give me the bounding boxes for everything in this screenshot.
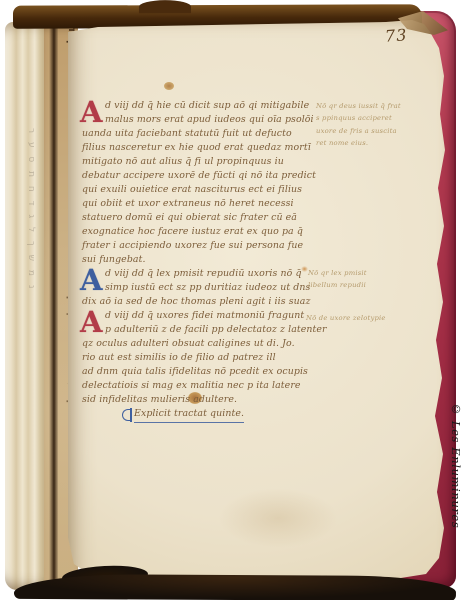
text-line: malus mors erat apud iudeos qui oīa psol…: [82, 113, 316, 127]
text-line: delectatiois si mag ex malitia nec p ita…: [82, 379, 316, 393]
text-line: ad dnm quia talis ifidelitas nō pcedit e…: [82, 365, 316, 379]
marginal-note-1: Nō qr deus iussit q̄ frat s ppinquus acc…: [316, 100, 416, 150]
text-line: qui obiit et uxor extraneus nō heret nec…: [82, 197, 316, 211]
credit-watermark: © Les Enluminures: [449, 402, 463, 562]
note-line: s ppinquus acciperet: [316, 112, 416, 124]
text-line: p adulteriū z de facili pp delectatoz z …: [82, 323, 316, 337]
folio-number: 73: [384, 25, 408, 46]
text-line: debatur accipere uxorē de fūcti qi nō it…: [82, 169, 316, 183]
book-bottom-edge: [14, 574, 456, 600]
explicit-line: Explicit tractat quinte.: [122, 408, 316, 422]
parchment-discoloration: [218, 488, 338, 548]
note-line: Nō qr deus iussit q̄ frat: [316, 100, 416, 112]
text-line: qz oculus adulteri obsuat caligines ut d…: [82, 337, 316, 351]
text-line: d viij dd q̄ hie cū dicit sup aō qi miti…: [82, 99, 316, 113]
paraph-mark-icon: [122, 409, 130, 421]
text-line: frater i accipiendo uxorez fue sui perso…: [82, 239, 316, 253]
paragraph-1: A d viij dd q̄ hie cū dicit sup aō qi mi…: [82, 99, 316, 267]
blue-initial-A: A: [80, 268, 102, 295]
text-line: qui exuili ouietice erat nasciturus ect …: [82, 183, 316, 197]
note-line: ret nome eius.: [316, 137, 416, 149]
note-line: libellum repudii: [308, 280, 404, 292]
note-line: Nō qr lex pmisit: [308, 268, 404, 280]
bleedthrough-script: נ מ ש ך ל ג ד ח ת ס ע ר: [8, 128, 36, 438]
text-line: simp iustū ect sz pp duritiaz iudeoz ut …: [82, 281, 316, 295]
text-line: rio aut est similis io de filio ad patre…: [82, 351, 316, 365]
note-line: Nō de uxore zelotypie: [306, 312, 431, 324]
marginal-note-2: Nō qr lex pmisit libellum repudii: [308, 268, 404, 291]
manuscript-photo: נ מ ש ך ל ג ד ח ת ס ע ר ש ג ת ך ע ט ל ב …: [0, 0, 468, 600]
text-line: filius nasceretur ex hie quod erat queda…: [82, 141, 316, 155]
text-line: d viij dd q̄ uxores fidei matmoniū fragu…: [82, 309, 316, 323]
text-line: d viij dd q̄ lex pmisit repudiū uxoris n…: [82, 267, 316, 281]
red-initial-A: A: [80, 310, 102, 337]
marginal-note-3: Nō de uxore zelotypie: [306, 312, 431, 324]
text-line: sid infidelitas mulieris adultere.: [82, 393, 316, 407]
text-line: exognatice hoc facere iustuz erat ex quo…: [82, 225, 316, 239]
text-line: uanda uita faciebant statutū fuit ut def…: [82, 127, 316, 141]
paragraph-3: A d viij dd q̄ uxores fidei matmoniū fra…: [82, 309, 316, 407]
ink-stain: [164, 82, 174, 90]
gutter-crack: [49, 24, 58, 590]
red-initial-A: A: [80, 100, 102, 127]
text-line: mitigato nō aut alius q̄ fi ul propinquu…: [82, 155, 316, 169]
paragraph-2: A d viij dd q̄ lex pmisit repudiū uxoris…: [82, 267, 316, 309]
explicit-text: Explicit tractat quinte.: [134, 407, 244, 423]
text-line: dix aō ia sed de hoc thomas pleni agit i…: [82, 295, 316, 309]
text-line: sui fungebat.: [82, 253, 316, 267]
note-line: uxore de fris a suscita: [316, 125, 416, 137]
main-text-block: A d viij dd q̄ hie cū dicit sup aō qi mi…: [82, 99, 316, 422]
text-line: statuero domū ei qui obierat sic frater …: [82, 211, 316, 225]
